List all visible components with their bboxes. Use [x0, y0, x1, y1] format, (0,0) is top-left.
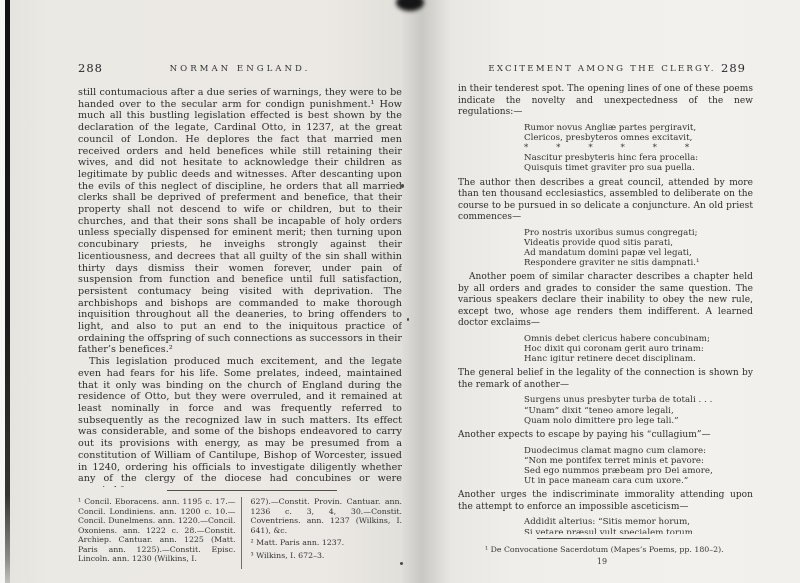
signature-mark: 19 [458, 557, 746, 566]
footnote: ³ Wilkins, I. 672–3. [250, 551, 402, 561]
latin-verse: Surgens unus presbyter turba de totali .… [524, 395, 753, 426]
ink-speck [407, 318, 409, 321]
latin-verse: Rumor novus Angliæ partes pergiravit, Cl… [524, 123, 753, 174]
running-header-left: NORMAN ENGLAND. [78, 64, 402, 74]
latin-verse: Pro nostris uxoribus sumus congregati; V… [524, 228, 753, 269]
paragraph: The author then describes a great counci… [458, 178, 753, 224]
right-page-footnote: ¹ De Convocatione Sacerdotum (Mapes’s Po… [485, 545, 753, 555]
latin-verse: Omnis debet clericus habere concubinam; … [524, 334, 753, 365]
gutter-shadow [402, 0, 450, 583]
footnote-column-2: 627).—Constit. Provin. Cantuar. ann. 123… [241, 497, 402, 569]
footnote-column-1: ¹ Concil. Eboracens. ann. 1195 c. 17.—Co… [78, 497, 241, 569]
latin-verse: Addidit alterius: “Sitis memor horum, Si… [524, 517, 753, 534]
paragraph: The general belief in the legality of th… [458, 368, 753, 391]
page-right: EXCITEMENT AMONG THE CLERGY. 289 in thei… [450, 0, 800, 583]
left-page-body: still contumacious after a due series of… [78, 87, 402, 487]
page-left: 288 NORMAN ENGLAND. still contumacious a… [10, 0, 402, 583]
paragraph: in their tenderest spot. The opening lin… [458, 84, 753, 119]
book-scan: 288 NORMAN ENGLAND. still contumacious a… [0, 0, 800, 583]
running-header-right: EXCITEMENT AMONG THE CLERGY. [458, 64, 746, 74]
paragraph: Another expects to escape by paying his … [458, 430, 753, 442]
paragraph: still contumacious after a due series of… [78, 87, 402, 356]
right-page-header: EXCITEMENT AMONG THE CLERGY. 289 [458, 61, 746, 77]
footnote: ² Matt. Paris ann. 1237. [250, 538, 402, 548]
ink-speck [400, 562, 403, 565]
paragraph: This legislation produced much excitemen… [78, 356, 402, 487]
paragraph: Another poem of similar character descri… [458, 272, 753, 330]
left-page-header: 288 NORMAN ENGLAND. [78, 61, 402, 77]
footnote-rule-right [537, 538, 650, 539]
footnote: 627).—Constit. Provin. Cantuar. ann. 123… [250, 497, 402, 535]
latin-verse: Duodecimus clamat magno cum clamore: “No… [524, 446, 753, 487]
left-page-footnotes: ¹ Concil. Eboracens. ann. 1195 c. 17.—Co… [78, 497, 402, 569]
right-page-body: in their tenderest spot. The opening lin… [458, 84, 753, 534]
ink-speck [401, 184, 404, 188]
footnote-rule-left [167, 490, 337, 491]
paragraph: Another urges the indiscriminate immoral… [458, 490, 753, 513]
page-number-right: 289 [721, 61, 746, 75]
